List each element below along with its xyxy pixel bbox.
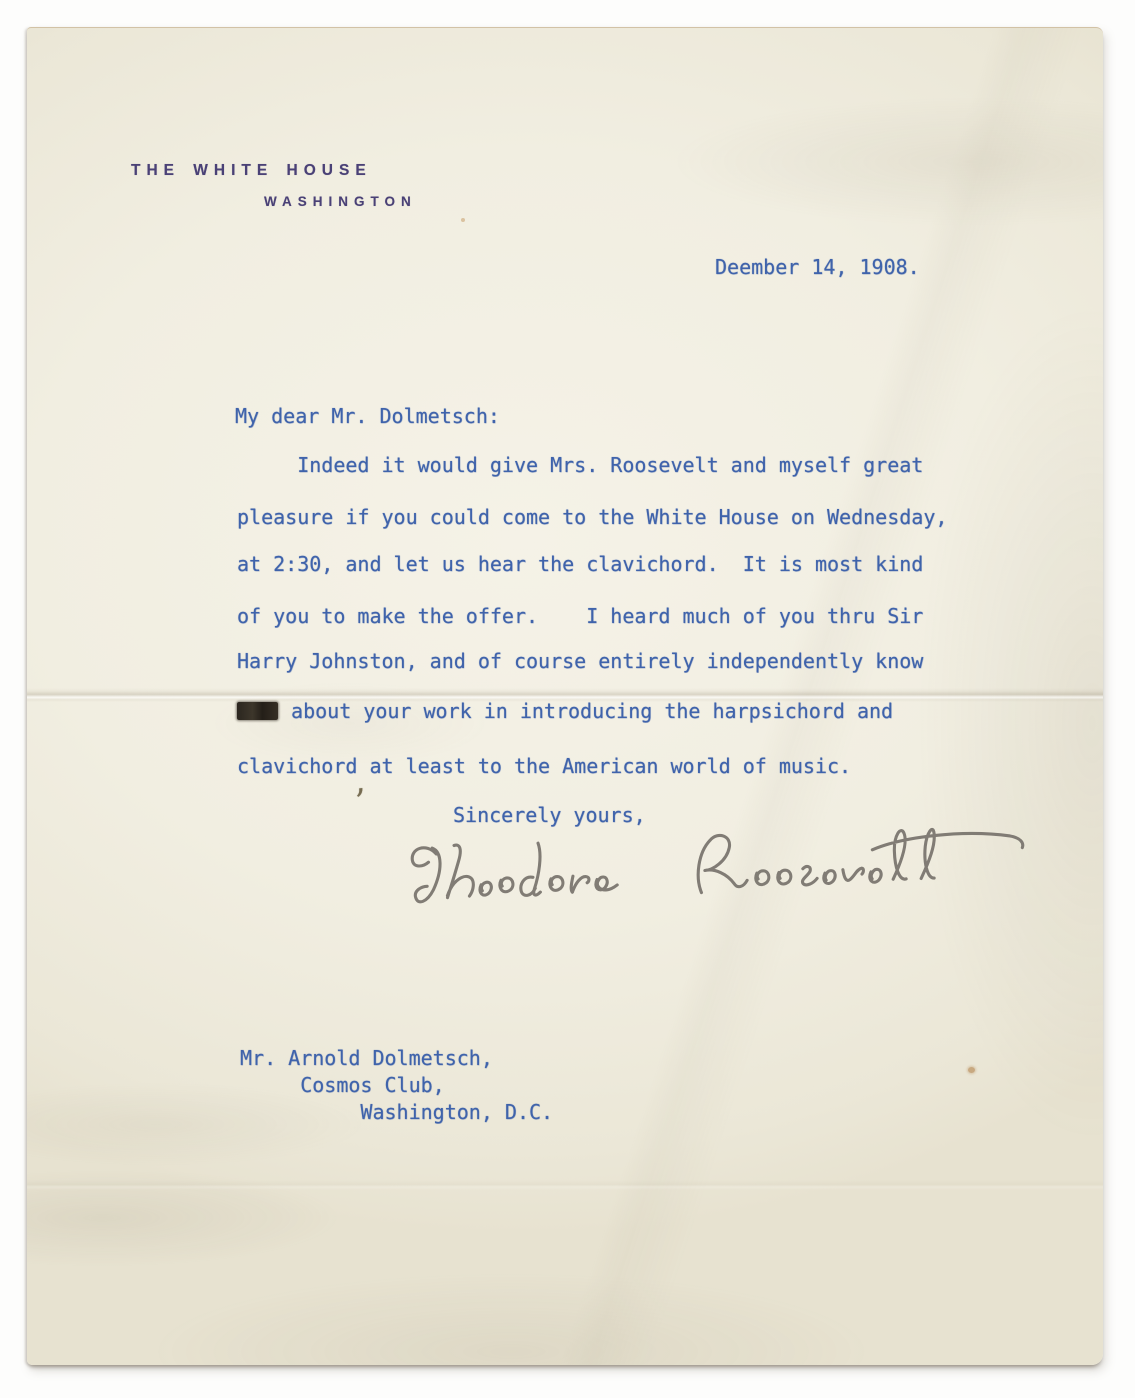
recipient-line: Mr. Arnold Dolmetsch, xyxy=(240,1046,493,1070)
scan-background: THE WHITE HOUSE WASHINGTON Deember 14, 1… xyxy=(0,0,1135,1398)
body-line: Harry Johnston, and of course entirely i… xyxy=(237,649,923,673)
recipient-line: Cosmos Club, xyxy=(240,1073,445,1097)
body-line-text: pleasure if you could come to the White … xyxy=(237,505,947,529)
body-line: pleasure if you could come to the White … xyxy=(237,505,947,529)
body-line-text: about your work in introducing the harps… xyxy=(279,699,893,723)
body-line-text: Indeed it would give Mrs. Roosevelt and … xyxy=(237,453,923,477)
stain-speck xyxy=(461,218,465,222)
body-line: at 2:30, and let us hear the clavichord.… xyxy=(237,552,923,576)
fold-crease-faint xyxy=(27,1180,1103,1190)
body-line: Indeed it would give Mrs. Roosevelt and … xyxy=(237,453,923,477)
body-line: of you to make the offer. I heard much o… xyxy=(237,604,923,628)
signature xyxy=(398,817,1049,935)
body-line: clavichord at least to the American worl… xyxy=(237,754,851,778)
letterhead-subtitle: WASHINGTON xyxy=(264,194,417,209)
redaction-mark xyxy=(237,702,278,720)
body-line-text: clavichord at least to the American worl… xyxy=(237,754,851,778)
date-line: Deember 14, 1908. xyxy=(715,255,920,279)
closing: Sincerely yours, xyxy=(453,803,646,827)
body-line-text: Harry Johnston, and of course entirely i… xyxy=(237,649,923,673)
body-line: about your work in introducing the harps… xyxy=(237,699,893,723)
salutation: My dear Mr. Dolmetsch: xyxy=(235,404,500,428)
body-line-text: at 2:30, and let us hear the clavichord.… xyxy=(237,552,923,576)
recipient-line: Washington, D.C. xyxy=(240,1100,553,1124)
letter-page: THE WHITE HOUSE WASHINGTON Deember 14, 1… xyxy=(27,27,1103,1365)
stain-spot xyxy=(968,1067,975,1073)
letterhead-title: THE WHITE HOUSE xyxy=(131,162,372,180)
body-line-text: of you to make the offer. I heard much o… xyxy=(237,604,923,628)
